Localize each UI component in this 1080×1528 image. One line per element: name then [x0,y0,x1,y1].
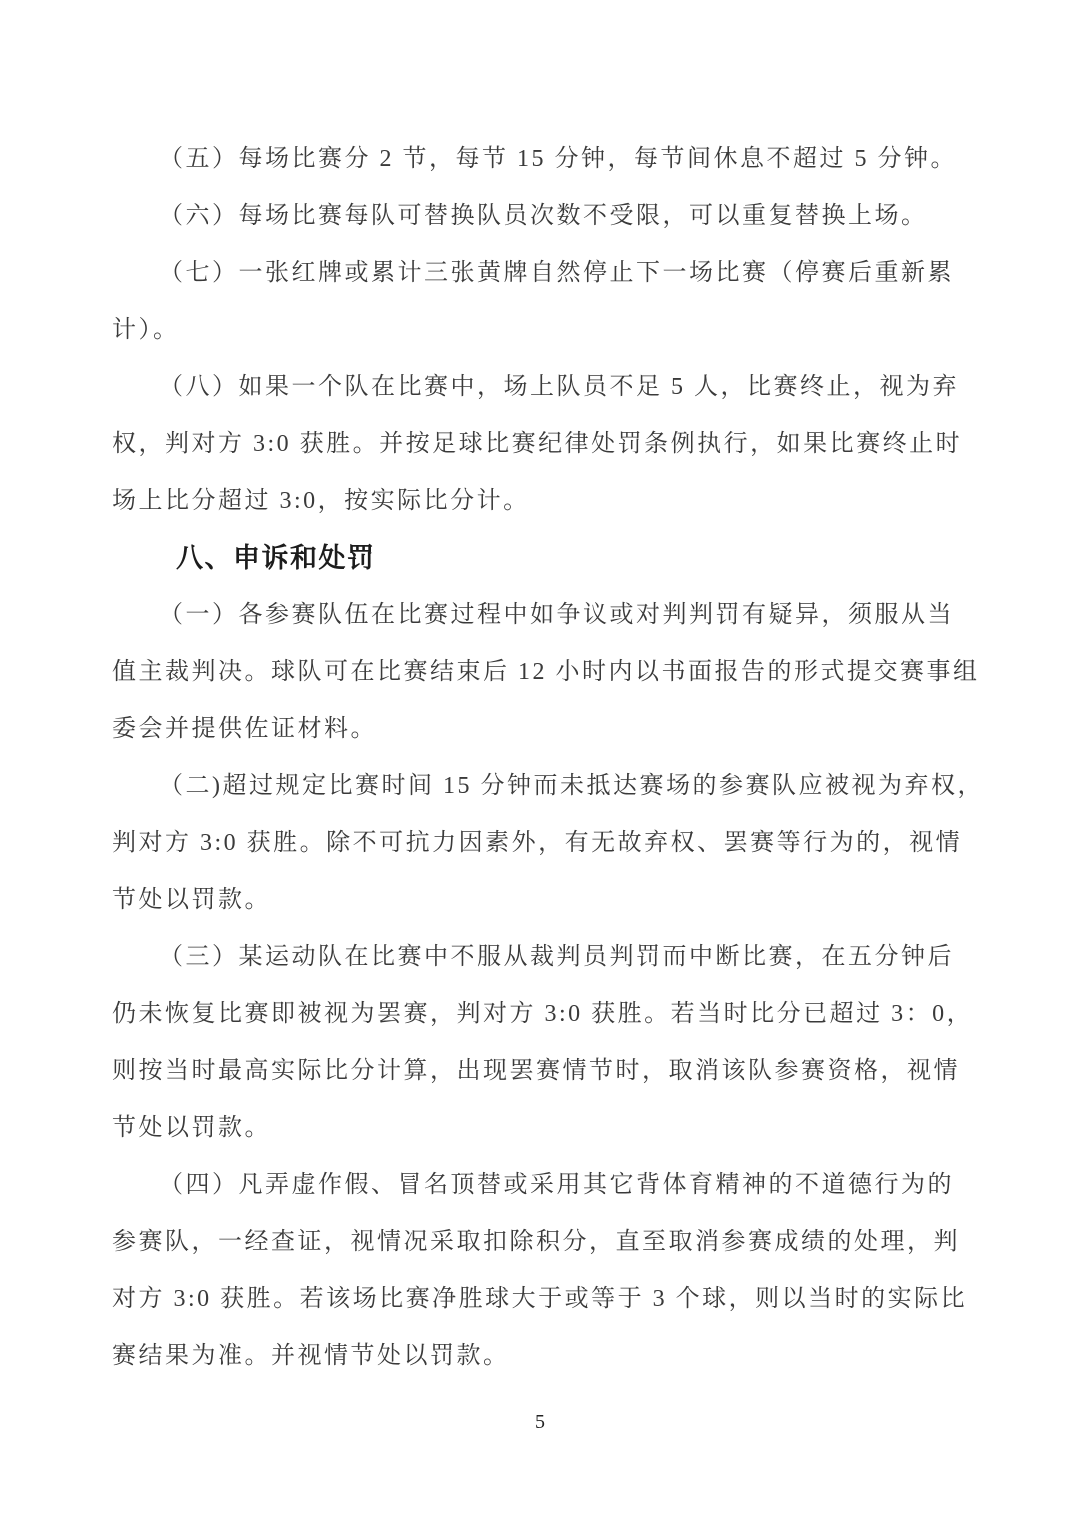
paragraph-line: 参赛队，一经查证，视情况采取扣除积分，直至取消参赛成绩的处理，判 [112,1214,950,1271]
paragraph-line: （八）如果一个队在比赛中，场上队员不足 5 人，比赛终止，视为弃 [112,359,950,416]
paragraph-line: 对方 3:0 获胜。若该场比赛净胜球大于或等于 3 个球，则以当时的实际比 [112,1271,950,1328]
paragraph-line: 判对方 3:0 获胜。除不可抗力因素外，有无故弃权、罢赛等行为的，视情 [112,815,950,872]
paragraph-line: （三）某运动队在比赛中不服从裁判员判罚而中断比赛，在五分钟后 [112,929,950,986]
paragraph-line: 权，判对方 3:0 获胜。并按足球比赛纪律处罚条例执行，如果比赛终止时 [112,416,950,473]
paragraph-line: 赛结果为准。并视情节处以罚款。 [112,1328,950,1385]
document-page: （五）每场比赛分 2 节，每节 15 分钟，每节间休息不超过 5 分钟。 （六）… [0,0,1080,1528]
paragraph-line: 场上比分超过 3:0，按实际比分计。 [112,473,950,530]
page-number: 5 [0,1407,1080,1437]
paragraph-line: （四）凡弄虚作假、冒名顶替或采用其它背体育精神的不道德行为的 [112,1157,950,1214]
paragraph-line: （六）每场比赛每队可替换队员次数不受限，可以重复替换上场。 [112,188,950,245]
section-heading: 八、申诉和处罚 [112,530,950,587]
paragraph-line: （七）一张红牌或累计三张黄牌自然停止下一场比赛（停赛后重新累 [112,245,950,302]
paragraph-line: 则按当时最高实际比分计算，出现罢赛情节时，取消该队参赛资格，视情 [112,1043,950,1100]
paragraph-line: 计）。 [112,302,950,359]
paragraph-line: （五）每场比赛分 2 节，每节 15 分钟，每节间休息不超过 5 分钟。 [112,131,950,188]
paragraph-line: 值主裁判决。球队可在比赛结束后 12 小时内以书面报告的形式提交赛事组 [112,644,950,701]
paragraph-line: 节处以罚款。 [112,872,950,929]
paragraph-line: （一）各参赛队伍在比赛过程中如争议或对判判罚有疑异，须服从当 [112,587,950,644]
paragraph-line: 节处以罚款。 [112,1100,950,1157]
document-text-block: （五）每场比赛分 2 节，每节 15 分钟，每节间休息不超过 5 分钟。 （六）… [0,0,1080,1385]
paragraph-line: 仍未恢复比赛即被视为罢赛，判对方 3:0 获胜。若当时比分已超过 3：0， [112,986,950,1043]
paragraph-line: （二)超过规定比赛时间 15 分钟而未抵达赛场的参赛队应被视为弃权， [112,758,950,815]
paragraph-line: 委会并提供佐证材料。 [112,701,950,758]
